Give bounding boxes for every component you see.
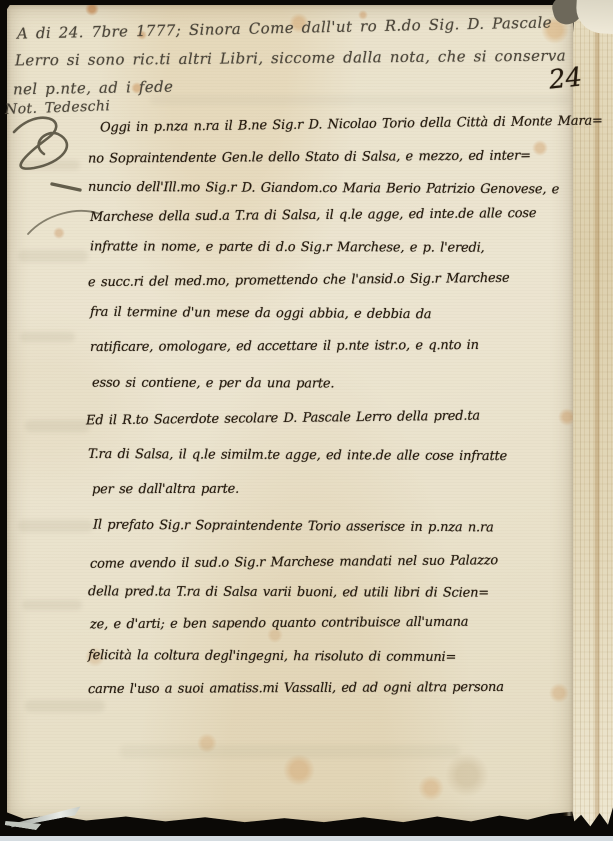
scanner-edge-strip	[0, 836, 613, 841]
manuscript-line: infratte in nome, e parte di d.o Sig.r M…	[90, 239, 485, 255]
manuscript-line: della pred.ta T.ra di Salsa varii buoni,…	[88, 584, 489, 600]
manuscript-line: fra il termine d'un mese da oggi abbia, …	[90, 305, 432, 322]
bleed-through	[20, 332, 75, 342]
manuscript-line: felicità la coltura degl'ingegni, ha ris…	[88, 648, 456, 665]
bleed-through	[18, 520, 93, 532]
manuscript-line: ratificare, omologare, ed accettare il p…	[90, 338, 479, 355]
manuscript-line: esso si contiene, e per da una parte.	[92, 376, 334, 392]
manuscript-line: T.ra di Salsa, il q.le similm.te agge, e…	[88, 447, 507, 464]
bleed-through	[18, 250, 88, 262]
manuscript-line: Il prefato Sig.r Sopraintendente Torio a…	[93, 518, 494, 536]
manuscript-line: no Sopraintendente Gen.le dello Stato di…	[88, 148, 531, 166]
manuscript-line: carne l'uso a suoi amatiss.mi Vassalli, …	[88, 680, 504, 697]
bleed-through	[22, 600, 82, 610]
bleed-through	[120, 745, 460, 758]
bleed-through	[150, 95, 570, 105]
bleed-through	[25, 420, 90, 432]
bleed-through	[25, 700, 105, 712]
manuscript-line: nuncio dell'Ill.mo Sig.r D. Giandom.co M…	[88, 180, 559, 197]
manuscript-scan: A di 24. 7bre 1777; Sinora Come dall'ut …	[0, 0, 613, 841]
page-number: 24	[548, 62, 584, 95]
manuscript-line: ze, e d'arti; e ben sapendo quanto contr…	[90, 615, 468, 633]
margin-note-line: nel p.nte, ad i fede	[13, 78, 174, 99]
manuscript-line: per se dall'altra parte.	[92, 482, 239, 498]
